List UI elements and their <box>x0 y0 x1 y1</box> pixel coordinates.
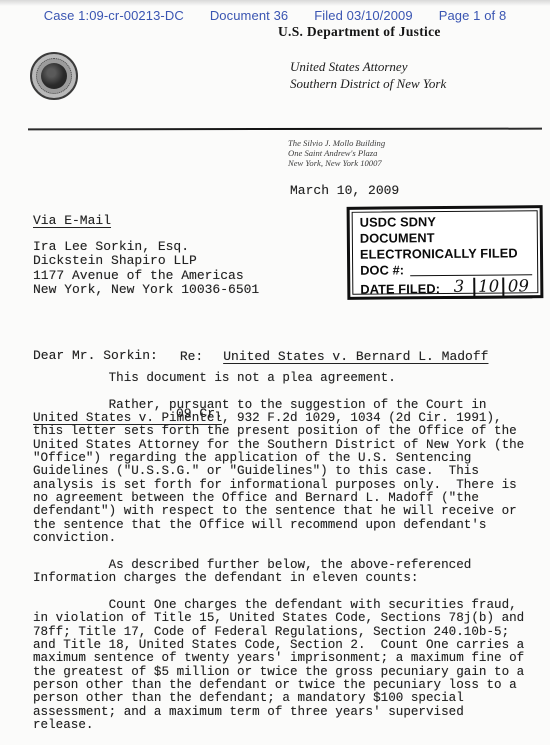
paragraph: Count One charges the defendant with sec… <box>33 599 524 732</box>
ecf-case-header: Case 1:09-cr-00213-DCDocument 36Filed 03… <box>0 8 550 23</box>
building-line: New York, New York 10007 <box>288 159 385 169</box>
stamp-doc-row: DOC #: <box>360 261 532 279</box>
paragraph: Rather, pursuant to the suggestion of th… <box>33 399 524 546</box>
body-text: maximum sentence of twenty years' impris… <box>33 651 524 665</box>
body-line: "Office") regarding the application of t… <box>33 452 524 465</box>
body-line: United States v. Pimentel, 932 F.2d 1029… <box>33 412 524 425</box>
body-line: Guidelines ("U.S.S.G." or "Guidelines") … <box>33 465 524 478</box>
body-text: Guidelines ("U.S.S.G." or "Guidelines") … <box>33 464 479 478</box>
body-text: defendant") with respect to the sentence… <box>33 504 517 518</box>
body-text: analysis is set forth for informational … <box>33 478 517 492</box>
body-line: person other than the defendant or twice… <box>33 679 524 692</box>
body-line: in violation of Title 15, United States … <box>33 612 524 625</box>
body-line: maximum sentence of twenty years' impris… <box>33 652 524 665</box>
body-line: United States Attorney for the Southern … <box>33 439 524 452</box>
seal-outer-ring <box>30 52 78 100</box>
seal-eagle-core <box>41 63 67 89</box>
building-address: The Silvio J. Mollo BuildingOne Saint An… <box>288 139 385 168</box>
body-text: , 932 F.2d 1029, 1034 (2d Cir. 1991), <box>222 411 502 425</box>
scanned-letter-page: Case 1:09-cr-00213-DCDocument 36Filed 03… <box>0 0 550 745</box>
stamp-date-label: DATE FILED: <box>360 281 440 298</box>
hdr-item: Case 1:09-cr-00213-DC <box>44 8 184 23</box>
paragraph: This document is not a plea agreement. <box>33 372 524 385</box>
body-text: As described further below, the above-re… <box>33 558 471 572</box>
delivery-method: Via E-Mail <box>33 213 111 228</box>
district-line: Southern District of New York <box>290 76 446 93</box>
body-text: assessment; and a maximum term of three … <box>33 705 464 719</box>
body-line: This document is not a plea agreement. <box>33 372 524 385</box>
body-line: conviction. <box>33 532 524 545</box>
body-text: 78ff; Title 17, Code of Federal Regulati… <box>33 625 509 639</box>
body-line: person other than the defendant; a manda… <box>33 692 524 705</box>
body-line: 78ff; Title 17, Code of Federal Regulati… <box>33 626 524 639</box>
body-text: in violation of Title 15, United States … <box>33 611 524 625</box>
body-line: As described further below, the above-re… <box>33 559 524 572</box>
body-line: analysis is set forth for informational … <box>33 479 524 492</box>
body-line: Count One charges the defendant with sec… <box>33 599 524 612</box>
body-text: this letter sets forth the present posit… <box>33 424 517 438</box>
attorney-office-lines: United States Attorney Southern District… <box>290 59 446 92</box>
seal-text-ring <box>36 58 72 94</box>
stamp-handwritten-date: 31009 <box>445 277 532 299</box>
efiling-stamp: USDC SDNYDOCUMENTELECTRONICALLY FILED DO… <box>347 205 544 300</box>
body-text: Rather, pursuant to the suggestion of th… <box>33 398 486 412</box>
body-text: "Office") regarding the application of t… <box>33 451 471 465</box>
hand-digit: 10 <box>473 277 503 296</box>
body-text: Information charges the defendant in ele… <box>33 571 418 585</box>
body-line: and Title 18, United States Code, Sectio… <box>33 639 524 652</box>
body-text: person other than the defendant or twice… <box>33 678 517 692</box>
letterhead-divider <box>28 128 542 131</box>
salutation: Dear Mr. Sorkin: <box>33 348 158 363</box>
stamp-line: ELECTRONICALLY FILED <box>360 245 532 263</box>
efiling-stamp-inner: USDC SDNYDOCUMENTELECTRONICALLY FILED DO… <box>352 210 539 295</box>
body-line: Rather, pursuant to the suggestion of th… <box>33 399 524 412</box>
body-text: conviction. <box>33 531 116 545</box>
body-text: person other than the defendant; a manda… <box>33 691 464 705</box>
body-text: the sentence that the Office will recomm… <box>33 518 486 532</box>
body-text: no agreement between the Office and Bern… <box>33 491 479 505</box>
body-text: United States Attorney for the Southern … <box>33 438 524 452</box>
hand-digit: 3 <box>445 278 473 297</box>
body-line: no agreement between the Office and Bern… <box>33 492 524 505</box>
letter-date: March 10, 2009 <box>290 183 399 198</box>
body-line: defendant") with respect to the sentence… <box>33 505 524 518</box>
re-label: Re: <box>180 349 203 364</box>
recipient-line: New York, New York 10036-6501 <box>33 283 259 297</box>
body-line: the sentence that the Office will recomm… <box>33 519 524 532</box>
recipient-line: 1177 Avenue of the Americas <box>33 269 259 283</box>
underlined-citation: United States v. Pimentel <box>33 411 222 425</box>
body-text: Count One charges the defendant with sec… <box>33 598 517 612</box>
body-text: the greatest of $5 million or twice the … <box>33 665 524 679</box>
body-line: assessment; and a maximum term of three … <box>33 706 524 719</box>
stamp-doc-blank <box>410 264 532 276</box>
body-line: the greatest of $5 million or twice the … <box>33 666 524 679</box>
stamp-doc-label: DOC #: <box>360 262 404 278</box>
hdr-item: Document 36 <box>210 8 288 23</box>
recipient-line: Ira Lee Sorkin, Esq. <box>33 240 259 254</box>
hand-digit: 09 <box>502 277 532 296</box>
body-text: and Title 18, United States Code, Sectio… <box>33 638 524 652</box>
body-line: this letter sets forth the present posit… <box>33 425 524 438</box>
doj-department-title: U.S. Department of Justice <box>278 24 441 40</box>
body-text: This document is not a plea agreement. <box>33 371 396 385</box>
recipient-line: Dickstein Shapiro LLP <box>33 254 259 268</box>
body-line: release. <box>33 719 524 732</box>
paragraph: As described further below, the above-re… <box>33 559 524 586</box>
body-text: release. <box>33 718 93 732</box>
stamp-line: USDC SDNY <box>360 213 532 231</box>
hdr-item: Page 1 of 8 <box>439 8 507 23</box>
stamp-line: DOCUMENT <box>360 229 532 247</box>
doj-seal-icon <box>30 52 78 100</box>
us-attorney-line: United States Attorney <box>290 59 446 76</box>
stamp-date-row: DATE FILED: 31009 <box>360 277 532 298</box>
re-case-name: United States v. Bernard L. Madoff <box>223 349 488 364</box>
body-line: Information charges the defendant in ele… <box>33 572 524 585</box>
recipient-address: Ira Lee Sorkin, Esq.Dickstein Shapiro LL… <box>33 240 259 297</box>
hdr-item: Filed 03/10/2009 <box>314 8 412 23</box>
letter-body: This document is not a plea agreement. R… <box>33 372 524 745</box>
stamp-lines: USDC SDNYDOCUMENTELECTRONICALLY FILED <box>360 213 532 262</box>
